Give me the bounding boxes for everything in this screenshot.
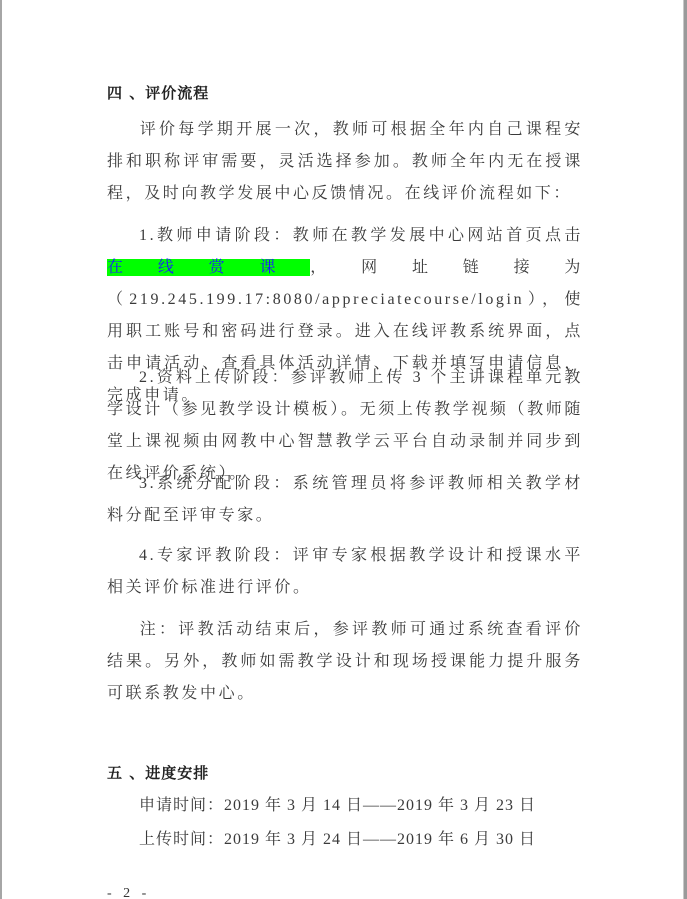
schedule-label: 上传时间： [139,831,224,848]
page-number: - 2 - [107,886,150,899]
section-heading-evaluation-process: 四 、评价流程 [107,82,209,103]
paragraph-intro: 评价每学期开展一次，教师可根据全年内自己课程安排和职称评审需要，灵活选择参加。教… [107,114,583,210]
viewer-left-border [0,0,2,899]
viewer-right-border [683,0,687,899]
schedule-value: 2019 年 3 月 24 日——2019 年 6 月 30 日 [224,831,536,848]
online-course-link[interactable]: 在线赏课 [107,259,310,276]
step2-text: 2.资料上传阶段：参评教师上传 3 个主讲课程单元教学设计（参见教学设计模板）。… [107,369,583,482]
section-heading-schedule: 五 、进度安排 [107,762,209,783]
step3-text: 3.系统分配阶段：系统管理员将参评教师相关教学材料分配至评审专家。 [107,475,583,524]
schedule-value: 2019 年 3 月 14 日——2019 年 3 月 23 日 [224,797,536,814]
paragraph-step3: 3.系统分配阶段：系统管理员将参评教师相关教学材料分配至评审专家。 [107,468,583,532]
paragraph-step4: 4.专家评教阶段：评审专家根据教学设计和授课水平相关评价标准进行评价。 [107,540,583,604]
schedule-label: 申请时间： [139,797,224,814]
step4-text: 4.专家评教阶段：评审专家根据教学设计和授课水平相关评价标准进行评价。 [107,547,583,596]
intro-text: 评价每学期开展一次，教师可根据全年内自己课程安排和职称评审需要，灵活选择参加。教… [107,121,583,202]
schedule-row-upload: 上传时间：2019 年 3 月 24 日——2019 年 6 月 30 日 [139,824,536,856]
note-text: 注：评教活动结束后，参评教师可通过系统查看评价结果。另外，教师如需教学设计和现场… [107,621,583,702]
step1-prefix: 1.教师申请阶段：教师在教学发展中心网站首页点击 [139,227,583,244]
paragraph-note: 注：评教活动结束后，参评教师可通过系统查看评价结果。另外，教师如需教学设计和现场… [107,614,583,710]
schedule-row-apply: 申请时间：2019 年 3 月 14 日——2019 年 3 月 23 日 [139,790,536,822]
